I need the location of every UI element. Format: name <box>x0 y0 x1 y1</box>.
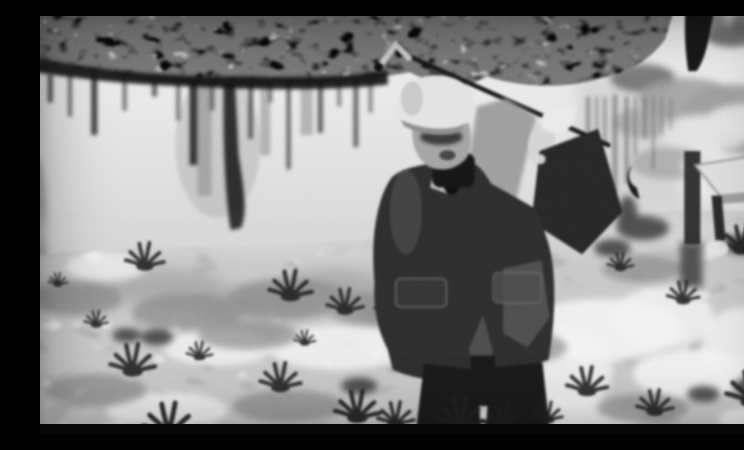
trouser-crotch <box>471 356 495 407</box>
shoulder-highlight <box>390 169 422 254</box>
vintage-golf-photo: Elderly golfer in a pale flat cap and da… <box>40 16 744 434</box>
cap-shading <box>401 81 423 115</box>
table-foot-highlight <box>706 240 728 256</box>
photo-layer <box>40 16 744 434</box>
mouth-shadow <box>439 150 455 160</box>
club-head-tip <box>374 63 383 72</box>
scene-svg <box>40 16 744 434</box>
collar-speck <box>535 154 545 164</box>
pocket-flap-left <box>396 279 447 307</box>
letterbox-bar <box>40 424 744 434</box>
pocket-flap-right <box>493 273 542 303</box>
tree-line <box>40 16 673 89</box>
